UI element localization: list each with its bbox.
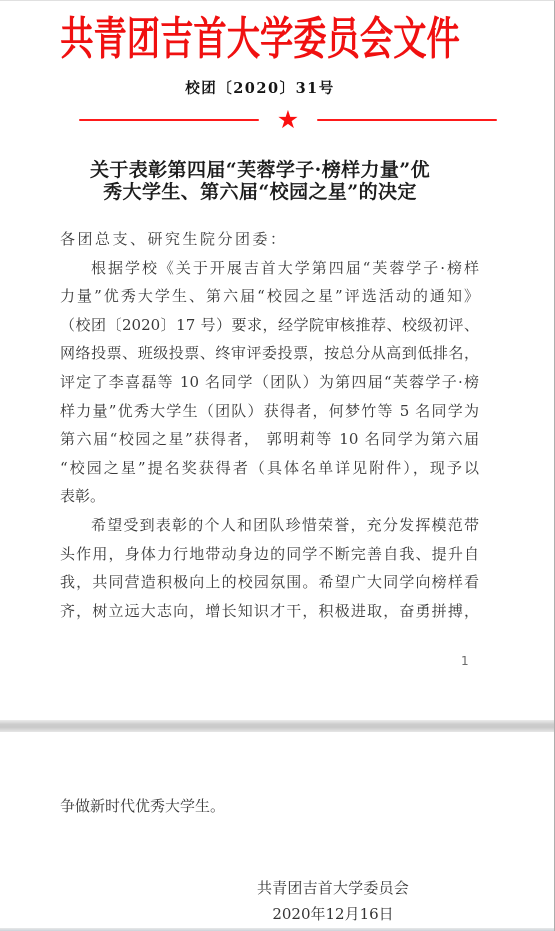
body-line: 网络投票、班级投票、终审评委投票，按总分从高到低排名， [60, 339, 479, 368]
page-2: 争做新时代优秀大学生。 共青团吉首大学委员会 2020年12月16日 [0, 732, 554, 929]
body-line: 头作用，身体力行地带动身边的同学不断完善自我、提升自 [60, 540, 479, 569]
body-line: 评定了李喜磊等 10 名同学（团队）为第四届“芙蓉学子·榜 [60, 368, 479, 397]
salutation: 各团总支、研究生院分团委： [60, 225, 479, 254]
body-line: 根据学校《关于开展吉首大学第四届“芙蓉学子·榜样 [60, 254, 479, 283]
body-line: 我，共同营造积极向上的校园氛围。希望广大同学向榜样看 [60, 568, 479, 597]
page-1: 共青团吉首大学委员会文件 校团〔2020〕31号 ★ 关于表彰第四届“芙蓉学子·… [0, 1, 554, 720]
body-line: 力量”优秀大学生、第六届“校园之星”评选活动的通知》 [60, 282, 479, 311]
body-line: 样力量”优秀大学生（团队）获得者，何梦竹等 5 名同学为 [60, 397, 479, 426]
body-line: 齐，树立远大志向，增长知识才干，积极进取，奋勇拼搏， [60, 597, 479, 626]
doc-number: 校团〔2020〕31号 [0, 79, 537, 98]
red-divider: ★ [11, 107, 555, 133]
body-line: 争做新时代优秀大学生。 [60, 792, 479, 821]
signature-org: 共青团吉首大学委员会 [257, 878, 409, 898]
body-line: 希望受到表彰的个人和团队珍惜荣誉，充分发挥模范带 [60, 511, 479, 540]
body-text-page1: 根据学校《关于开展吉首大学第四届“芙蓉学子·榜样 力量”优秀大学生、第六届“校园… [60, 254, 479, 626]
signature-block: 共青团吉首大学委员会 2020年12月16日 [257, 878, 409, 924]
document-title: 关于表彰第四届“芙蓉学子·榜样力量”优 秀大学生、第六届“校园之星”的决定 [0, 159, 537, 203]
document-title-line2: 秀大学生、第六届“校园之星”的决定 [0, 181, 537, 203]
document-viewer: 共青团吉首大学委员会文件 校团〔2020〕31号 ★ 关于表彰第四届“芙蓉学子·… [0, 0, 555, 931]
divider-line-left [79, 119, 259, 121]
body-line: （校团〔2020〕17 号）要求，经学院审核推荐、校级初评、 [60, 311, 479, 340]
divider-line-right [317, 119, 497, 121]
body-line: 第六届“校园之星”获得者， 郭明莉等 10 名同学为第六届 [60, 425, 479, 454]
body-line: 表彰。 [60, 482, 479, 511]
signature-date: 2020年12月16日 [257, 904, 409, 924]
document-header: 共青团吉首大学委员会文件 校团〔2020〕31号 [0, 1, 537, 98]
document-title-line1: 关于表彰第四届“芙蓉学子·榜样力量”优 [0, 159, 537, 181]
red-star-icon: ★ [277, 107, 299, 133]
masthead-title: 共青团吉首大学委员会文件 [60, 13, 460, 65]
body-line: “校园之星”提名奖获得者（具体名单详见附件），现予以 [60, 454, 479, 483]
page-number: 1 [461, 654, 469, 668]
page-gap [0, 720, 554, 732]
body-text-page2: 争做新时代优秀大学生。 [60, 732, 479, 821]
